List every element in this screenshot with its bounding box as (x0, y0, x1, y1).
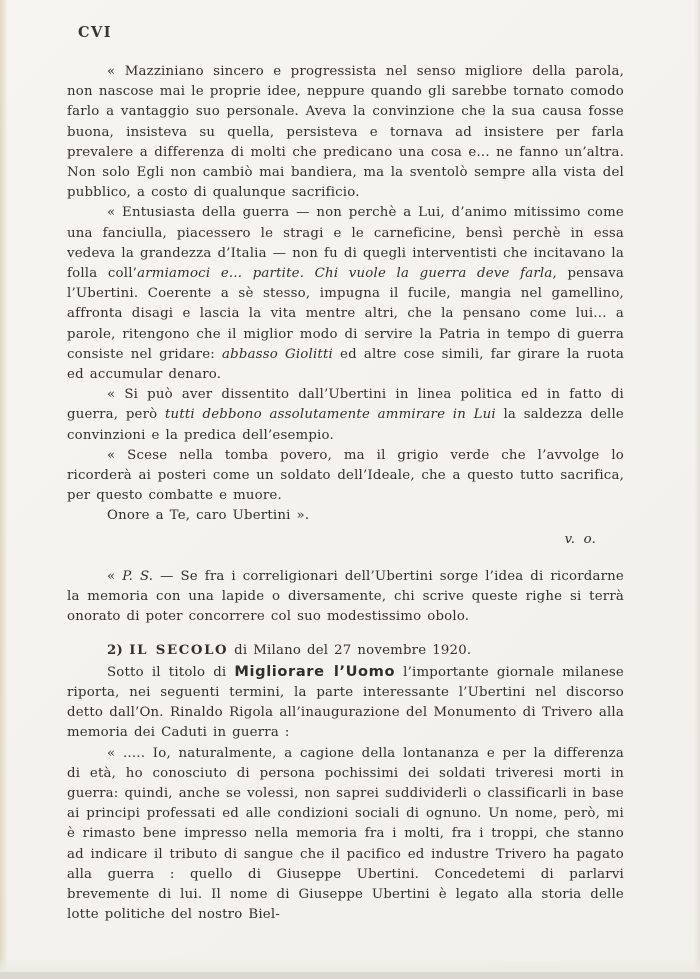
page-right-edge (694, 0, 700, 979)
book-page: CVI « Mazziniano sincero e progressista … (0, 0, 700, 979)
page-number: CVI (78, 24, 112, 41)
page-binding-edge (0, 0, 8, 979)
paragraph-ps: « P. S. — Se fra i correligionari dell’U… (67, 567, 624, 628)
heading-il-secolo: 2) IL SECOLO di Milano del 27 novembre 1… (67, 641, 624, 661)
signature: v. o. (67, 530, 624, 550)
page-body: « Mazziniano sincero e progressista nel … (67, 62, 624, 925)
paragraph-mazziniano: « Mazziniano sincero e progressista nel … (67, 62, 624, 203)
paragraph-onore: Onore a Te, caro Ubertini ». (67, 506, 624, 526)
paragraph-sotto-il-titolo: Sotto il titolo di Migliorare l’Uomo l’i… (67, 662, 624, 744)
paragraph-dissenso: « Si può aver dissentito dall’Ubertini i… (67, 385, 624, 446)
paragraph-tomba: « Scese nella tomba povero, ma il grigio… (67, 446, 624, 507)
paragraph-entusiasta: « Entusiasta della guerra — non perchè a… (67, 203, 624, 385)
page-bottom-shadow (0, 958, 700, 972)
paragraph-rigola-discorso: « ..... Io, naturalmente, a cagione dell… (67, 744, 624, 926)
page-bottom-edge (0, 972, 700, 979)
